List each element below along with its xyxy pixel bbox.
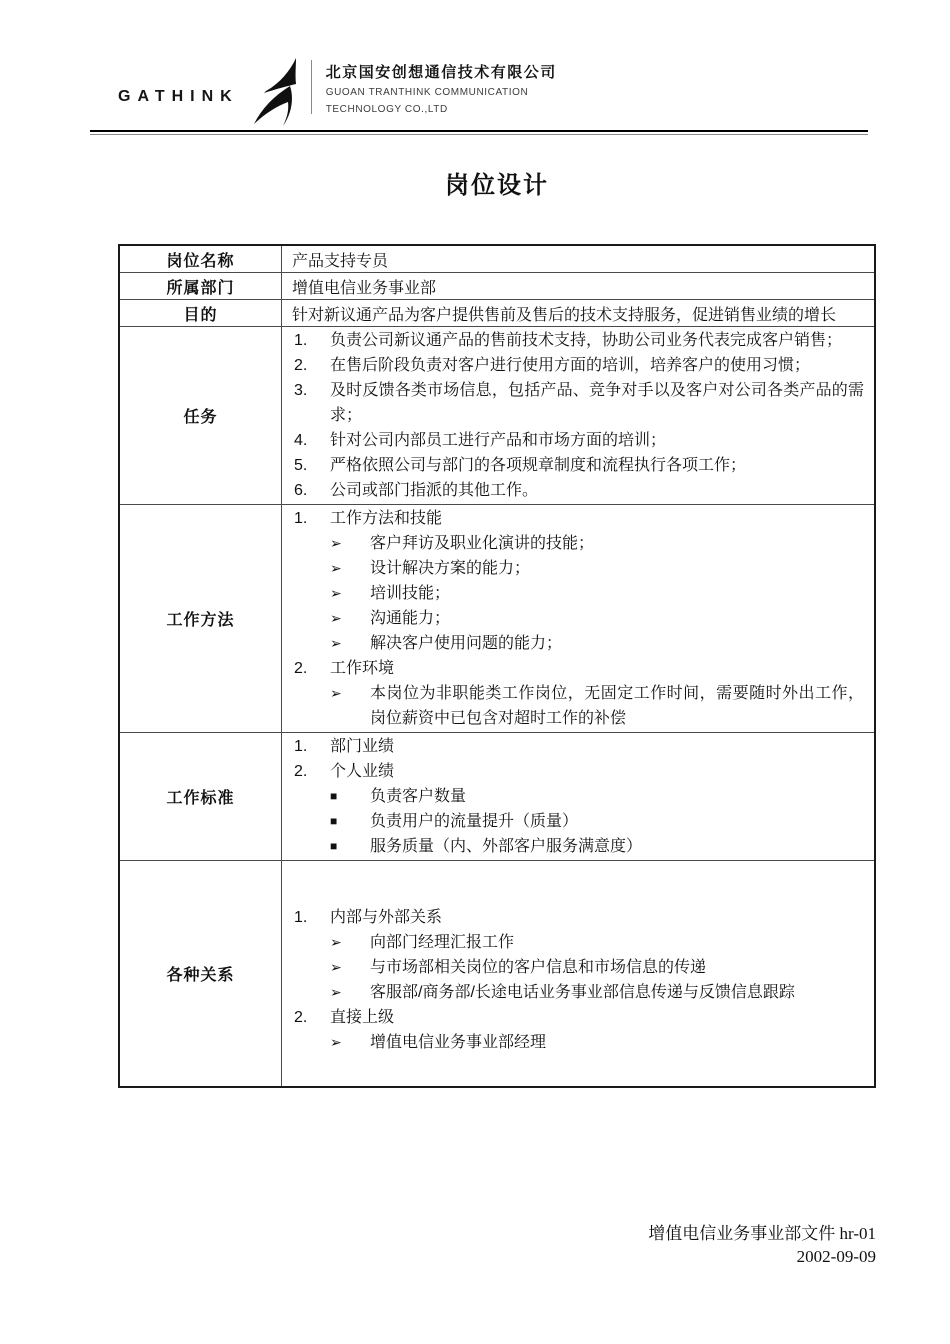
list-item-text: 直接上级 bbox=[330, 1005, 864, 1030]
list-item: ➢客户拜访及职业化演讲的技能； bbox=[282, 531, 864, 556]
list-marker: ➢ bbox=[330, 606, 370, 631]
list-item-text: 设计解决方案的能力； bbox=[370, 556, 864, 581]
header-divider bbox=[311, 60, 312, 114]
list-item: 6.公司或部门指派的其他工作。 bbox=[282, 478, 864, 503]
list-item: ➢与市场部相关岗位的客户信息和市场信息的传递 bbox=[282, 955, 864, 980]
company-name-chinese: 北京国安创想通信技术有限公司 bbox=[326, 61, 557, 82]
list-item: ➢本岗位为非职能类工作岗位，无固定工作时间，需要随时外出工作，岗位薪资中已包含对… bbox=[282, 681, 864, 731]
list-marker: 2. bbox=[294, 1005, 330, 1030]
footer-doc-ref: 增值电信业务事业部文件 hr-01 bbox=[118, 1222, 876, 1245]
list-item-text: 工作环境 bbox=[330, 656, 864, 681]
list-marker: 6. bbox=[294, 478, 330, 503]
row-label: 工作方法 bbox=[120, 505, 282, 732]
list-item: ➢培训技能； bbox=[282, 581, 864, 606]
row-label: 所属部门 bbox=[120, 273, 282, 299]
list-marker: ➢ bbox=[330, 930, 370, 955]
document-footer: 增值电信业务事业部文件 hr-01 2002-09-09 bbox=[118, 1222, 876, 1268]
list-marker: ➢ bbox=[330, 631, 370, 656]
list-item: 1.工作方法和技能 bbox=[282, 506, 864, 531]
list-item: ➢解决客户使用问题的能力； bbox=[282, 631, 864, 656]
list-item-text: 个人业绩 bbox=[330, 759, 864, 784]
row-value-list: 1.负责公司新议通产品的售前技术支持，协助公司业务代表完成客户销售；2.在售后阶… bbox=[282, 327, 874, 504]
list-item: 2.个人业绩 bbox=[282, 759, 864, 784]
list-marker: ➢ bbox=[330, 681, 370, 731]
list-marker: ■ bbox=[330, 784, 370, 809]
list-item-text: 内部与外部关系 bbox=[330, 905, 864, 930]
row-value: 针对新议通产品为客户提供售前及售后的技术支持服务，促进销售业绩的增长 bbox=[282, 300, 874, 326]
list-marker: ➢ bbox=[330, 556, 370, 581]
list-item: 1.负责公司新议通产品的售前技术支持，协助公司业务代表完成客户销售； bbox=[282, 328, 864, 353]
list-item: ■负责用户的流量提升（质量） bbox=[282, 809, 864, 834]
list-item-text: 向部门经理汇报工作 bbox=[370, 930, 864, 955]
list-marker: 4. bbox=[294, 428, 330, 453]
list-marker: 2. bbox=[294, 759, 330, 784]
list-item: 2.在售后阶段负责对客户进行使用方面的培训，培养客户的使用习惯； bbox=[282, 353, 864, 378]
list-item-text: 公司或部门指派的其他工作。 bbox=[330, 478, 864, 503]
list-item-text: 工作方法和技能 bbox=[330, 506, 864, 531]
list-item-text: 在售后阶段负责对客户进行使用方面的培训，培养客户的使用习惯； bbox=[330, 353, 864, 378]
table-row: 工作方法 1.工作方法和技能➢客户拜访及职业化演讲的技能；➢设计解决方案的能力；… bbox=[120, 504, 874, 732]
list-item: 1.内部与外部关系 bbox=[282, 905, 864, 930]
row-label: 任务 bbox=[120, 327, 282, 504]
row-label: 岗位名称 bbox=[120, 246, 282, 272]
row-label: 各种关系 bbox=[120, 861, 282, 1086]
list-item-text: 部门业绩 bbox=[330, 734, 864, 759]
logo-swoosh-icon bbox=[251, 58, 301, 126]
list-item: ■服务质量（内、外部客户服务满意度） bbox=[282, 834, 864, 859]
list-marker: ➢ bbox=[330, 980, 370, 1005]
list-item: ➢客服部/商务部/长途电话业务事业部信息传递与反馈信息跟踪 bbox=[282, 980, 864, 1005]
list-marker: ■ bbox=[330, 834, 370, 859]
list-item-text: 培训技能； bbox=[370, 581, 864, 606]
row-value: 增值电信业务事业部 bbox=[282, 273, 874, 299]
row-label: 目的 bbox=[120, 300, 282, 326]
list-item: ➢设计解决方案的能力； bbox=[282, 556, 864, 581]
list-marker: 1. bbox=[294, 905, 330, 930]
document-page: GATHINK 北京国安创想通信技术有限公司 GUOAN TRANTHINK C… bbox=[0, 0, 950, 1344]
list-marker: 2. bbox=[294, 656, 330, 681]
row-value-list: 1.内部与外部关系➢向部门经理汇报工作➢与市场部相关岗位的客户信息和市场信息的传… bbox=[282, 861, 874, 1086]
job-description-table: 岗位名称 产品支持专员 所属部门 增值电信业务事业部 目的 针对新议通产品为客户… bbox=[118, 244, 876, 1088]
list-item-text: 负责用户的流量提升（质量） bbox=[370, 809, 864, 834]
list-item-text: 服务质量（内、外部客户服务满意度） bbox=[370, 834, 864, 859]
gathink-logo-text: GATHINK bbox=[118, 88, 239, 106]
page-title: 岗位设计 bbox=[118, 165, 876, 200]
list-item: 1.部门业绩 bbox=[282, 734, 864, 759]
list-item-text: 沟通能力； bbox=[370, 606, 864, 631]
list-item-text: 客服部/商务部/长途电话业务事业部信息传递与反馈信息跟踪 bbox=[370, 980, 864, 1005]
list-marker: 2. bbox=[294, 353, 330, 378]
letterhead: GATHINK 北京国安创想通信技术有限公司 GUOAN TRANTHINK C… bbox=[118, 56, 557, 126]
row-value: 产品支持专员 bbox=[282, 246, 874, 272]
list-marker: ■ bbox=[330, 809, 370, 834]
list-item-text: 负责客户数量 bbox=[370, 784, 864, 809]
list-item-text: 本岗位为非职能类工作岗位，无固定工作时间，需要随时外出工作，岗位薪资中已包含对超… bbox=[370, 681, 864, 731]
list-item: ■负责客户数量 bbox=[282, 784, 864, 809]
table-row: 所属部门 增值电信业务事业部 bbox=[120, 272, 874, 299]
list-item: ➢沟通能力； bbox=[282, 606, 864, 631]
table-row: 各种关系 1.内部与外部关系➢向部门经理汇报工作➢与市场部相关岗位的客户信息和市… bbox=[120, 860, 874, 1086]
list-marker: ➢ bbox=[330, 531, 370, 556]
row-value-list: 1.工作方法和技能➢客户拜访及职业化演讲的技能；➢设计解决方案的能力；➢培训技能… bbox=[282, 505, 874, 732]
table-row: 目的 针对新议通产品为客户提供售前及售后的技术支持服务，促进销售业绩的增长 bbox=[120, 299, 874, 326]
table-row: 工作标准 1.部门业绩2.个人业绩■负责客户数量■负责用户的流量提升（质量）■服… bbox=[120, 732, 874, 860]
company-name-english-line2: TECHNOLOGY CO.,LTD bbox=[326, 103, 557, 116]
list-marker: 1. bbox=[294, 734, 330, 759]
list-item-text: 负责公司新议通产品的售前技术支持，协助公司业务代表完成客户销售； bbox=[330, 328, 864, 353]
list-item-text: 及时反馈各类市场信息，包括产品、竞争对手以及客户对公司各类产品的需求； bbox=[330, 378, 864, 428]
table-row: 任务 1.负责公司新议通产品的售前技术支持，协助公司业务代表完成客户销售；2.在… bbox=[120, 326, 874, 504]
list-item: ➢增值电信业务事业部经理 bbox=[282, 1030, 864, 1055]
list-item-text: 解决客户使用问题的能力； bbox=[370, 631, 864, 656]
list-marker: 5. bbox=[294, 453, 330, 478]
list-item: 3.及时反馈各类市场信息，包括产品、竞争对手以及客户对公司各类产品的需求； bbox=[282, 378, 864, 428]
list-item: 4.针对公司内部员工进行产品和市场方面的培训； bbox=[282, 428, 864, 453]
footer-date: 2002-09-09 bbox=[118, 1245, 876, 1268]
list-item-text: 与市场部相关岗位的客户信息和市场信息的传递 bbox=[370, 955, 864, 980]
list-item-text: 增值电信业务事业部经理 bbox=[370, 1030, 864, 1055]
table-row: 岗位名称 产品支持专员 bbox=[120, 246, 874, 272]
company-name-english-line1: GUOAN TRANTHINK COMMUNICATION bbox=[326, 86, 557, 99]
list-item-text: 客户拜访及职业化演讲的技能； bbox=[370, 531, 864, 556]
list-item: 2.直接上级 bbox=[282, 1005, 864, 1030]
company-name-block: 北京国安创想通信技术有限公司 GUOAN TRANTHINK COMMUNICA… bbox=[326, 61, 557, 116]
list-item: ➢向部门经理汇报工作 bbox=[282, 930, 864, 955]
row-value-list: 1.部门业绩2.个人业绩■负责客户数量■负责用户的流量提升（质量）■服务质量（内… bbox=[282, 733, 874, 860]
row-label: 工作标准 bbox=[120, 733, 282, 860]
list-marker: 3. bbox=[294, 378, 330, 428]
list-marker: 1. bbox=[294, 328, 330, 353]
list-marker: 1. bbox=[294, 506, 330, 531]
list-marker: ➢ bbox=[330, 1030, 370, 1055]
list-marker: ➢ bbox=[330, 581, 370, 606]
header-rule bbox=[90, 130, 868, 135]
list-item-text: 严格依照公司与部门的各项规章制度和流程执行各项工作； bbox=[330, 453, 864, 478]
list-item: 2.工作环境 bbox=[282, 656, 864, 681]
list-item: 5.严格依照公司与部门的各项规章制度和流程执行各项工作； bbox=[282, 453, 864, 478]
list-marker: ➢ bbox=[330, 955, 370, 980]
list-item-text: 针对公司内部员工进行产品和市场方面的培训； bbox=[330, 428, 864, 453]
